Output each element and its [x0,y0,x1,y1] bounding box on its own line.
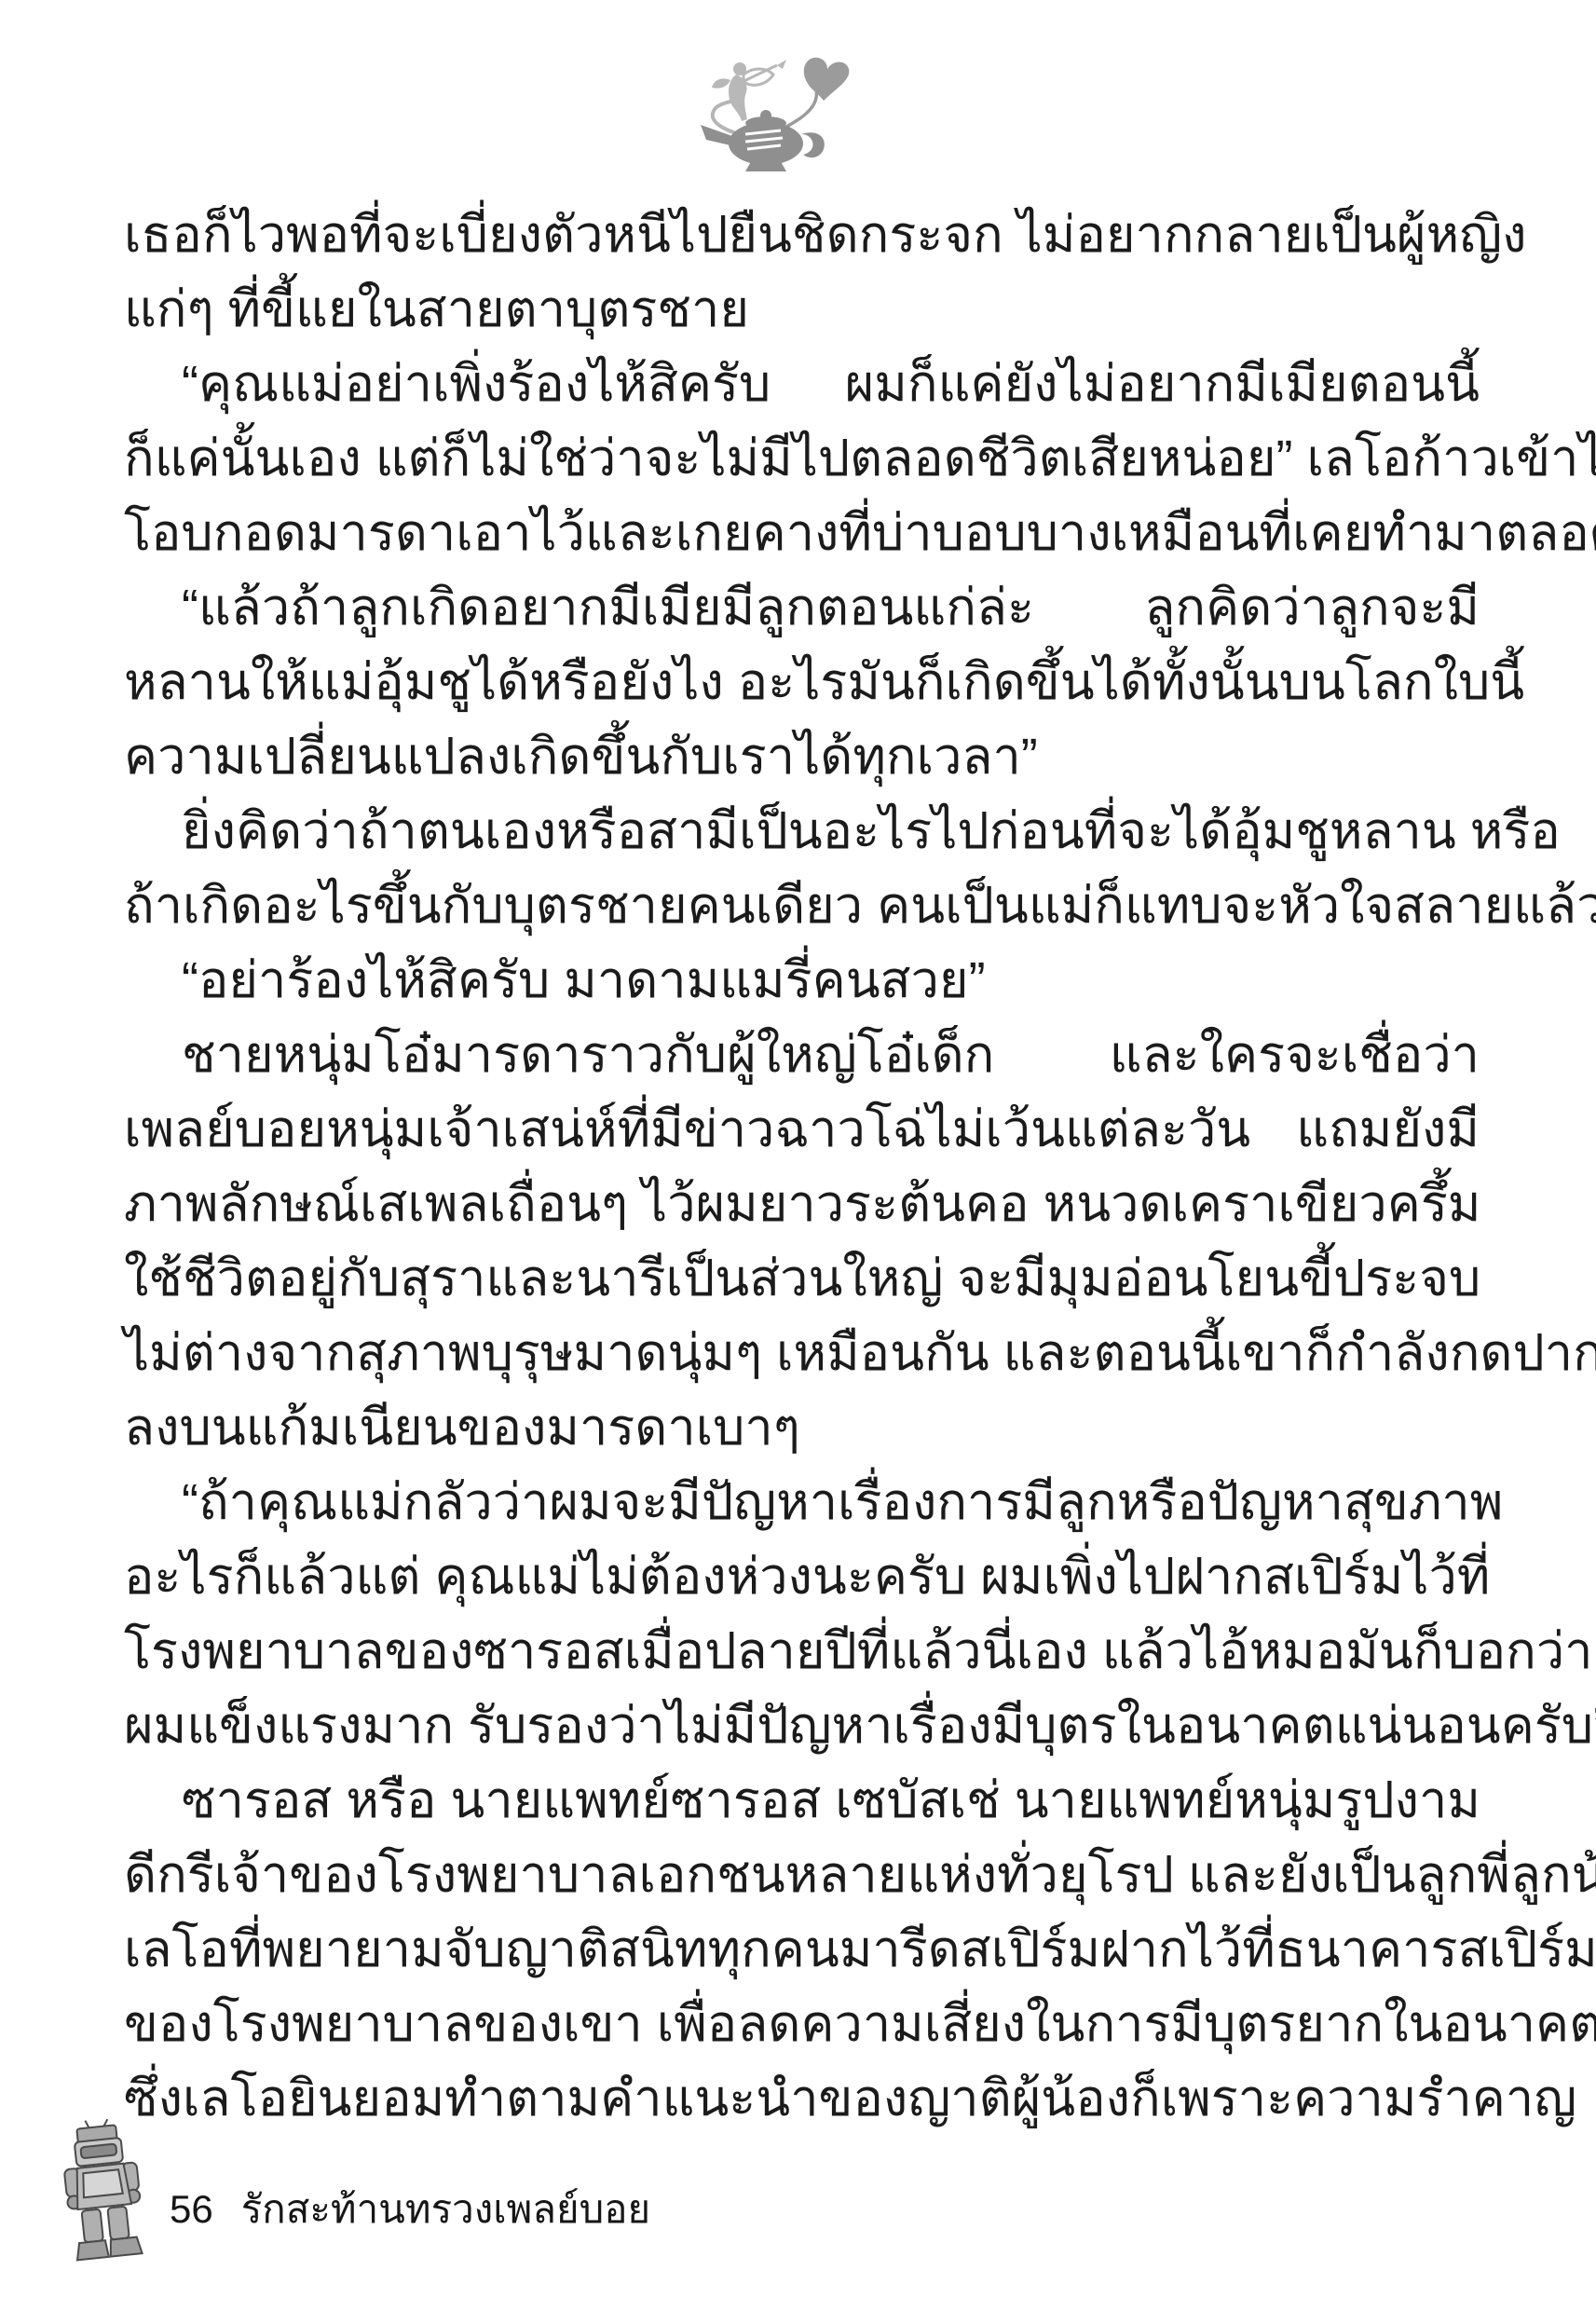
text-line: “คุณแม่อย่าเพิ่งร้องไห้สิครับ ผมก็แค่ยัง… [124,347,1480,421]
text-line: “ถ้าคุณแม่กลัวว่าผมจะมีปัญหาเรื่องการมีล… [124,1465,1480,1539]
paragraph: ซารอส หรือ นายแพทย์ซารอส เซบัสเช่ นายแพท… [124,1763,1480,2136]
text-line: ถ้าเกิดอะไรขึ้นกับบุตรชายคนเดียว คนเป็นแ… [124,868,1480,943]
text-line: โรงพยาบาลของซารอสเมื่อปลายปีที่แล้วนี่เอ… [124,1614,1480,1689]
text-line: ซึ่งเลโอยินยอมทำตามคำแนะนำของญาติผู้น้อง… [124,2061,1480,2136]
text-line: เลโอที่พยายามจับญาติสนิททุกคนมารีดสเปิร์… [124,1912,1480,1987]
robot-illustration [48,2117,160,2280]
text-line: ผมแข็งแรงมาก รับรองว่าไม่มีปัญหาเรื่องมี… [124,1689,1480,1763]
paragraph: “อย่าร้องไห้สิครับ มาดามแมรี่คนสวย” [124,943,1480,1018]
heart-icon [804,58,850,101]
text-line: “แล้วถ้าลูกเกิดอยากมีเมียมีลูกตอนแก่ล่ะ … [124,570,1480,645]
text-line: ก็แค่นั้นเอง แต่ก็ไม่ใช่ว่าจะไม่มีไปตลอด… [124,421,1480,496]
text-line: ความเปลี่ยนแปลงเกิดขึ้นกับเราได้ทุกเวลา” [124,719,1480,794]
text-line: “อย่าร้องไห้สิครับ มาดามแมรี่คนสวย” [124,943,1480,1018]
genie-lamp-icon [701,110,825,171]
toy-robot-icon [48,2117,160,2280]
text-line: ดีกรีเจ้าของโรงพยาบาลเอกชนหลายแห่งทั่วยุ… [124,1838,1480,1912]
paragraph: “คุณแม่อย่าเพิ่งร้องไห้สิครับ ผมก็แค่ยัง… [124,347,1480,570]
text-line: ซารอส หรือ นายแพทย์ซารอส เซบัสเช่ นายแพท… [124,1763,1480,1838]
text-line: ลงบนแก้มเนียนของมารดาเบาๆ [124,1390,1480,1465]
text-line: แก่ๆ ที่ขี้แยในสายตาบุตรชาย [124,272,1480,347]
text-line: อะไรก็แล้วแต่ คุณแม่ไม่ต้องห่วงนะครับ ผม… [124,1539,1480,1614]
text-line: ใช้ชีวิตอยู่กับสุราและนารีเป็นส่วนใหญ่ จ… [124,1241,1480,1316]
text-line: โอบกอดมารดาเอาไว้และเกยคางที่บ่าบอบบางเห… [124,496,1480,570]
book-title: รักสะท้านทรวงเพลย์บอย [241,2179,650,2240]
page-number: 56 [170,2187,213,2232]
footer: 56 รักสะท้านทรวงเพลย์บอย [170,2179,650,2240]
text-line: ยิ่งคิดว่าถ้าตนเองหรือสามีเป็นอะไรไปก่อน… [124,794,1480,868]
paragraph: ยิ่งคิดว่าถ้าตนเองหรือสามีเป็นอะไรไปก่อน… [124,794,1480,943]
paragraph: ชายหนุ่มโอ๋มารดาราวกับผู้ใหญ่โอ๋เด็ก และ… [124,1018,1480,1465]
body-text: เธอก็ไวพอที่จะเบี่ยงตัวหนีไปยืนชิดกระจก … [124,198,1480,2136]
cupid-icon [712,60,786,121]
cupid-genie-lamp-icon [688,48,855,179]
text-line: ภาพลักษณ์เสเพลเถื่อนๆ ไว้ผมยาวระต้นคอ หน… [124,1167,1480,1241]
paragraph: “แล้วถ้าลูกเกิดอยากมีเมียมีลูกตอนแก่ล่ะ … [124,570,1480,794]
paragraph: เธอก็ไวพอที่จะเบี่ยงตัวหนีไปยืนชิดกระจก … [124,198,1480,347]
text-line: เพลย์บอยหนุ่มเจ้าเสน่ห์ที่มีข่าวฉาวโฉ่ไม… [124,1092,1480,1167]
book-page: เธอก็ไวพอที่จะเบี่ยงตัวหนีไปยืนชิดกระจก … [0,0,1596,2311]
text-line: ของโรงพยาบาลของเขา เพื่อลดความเสี่ยงในกา… [124,1987,1480,2061]
text-line: ไม่ต่างจากสุภาพบุรุษมาดนุ่มๆ เหมือนกัน แ… [124,1316,1480,1390]
cupid-genie-lamp-ornament [688,48,855,179]
paragraph: “ถ้าคุณแม่กลัวว่าผมจะมีปัญหาเรื่องการมีล… [124,1465,1480,1763]
text-line: หลานให้แม่อุ้มชูได้หรือยังไง อะไรมันก็เก… [124,645,1480,719]
text-line: ชายหนุ่มโอ๋มารดาราวกับผู้ใหญ่โอ๋เด็ก และ… [124,1018,1480,1092]
text-line: เธอก็ไวพอที่จะเบี่ยงตัวหนีไปยืนชิดกระจก … [124,198,1480,272]
